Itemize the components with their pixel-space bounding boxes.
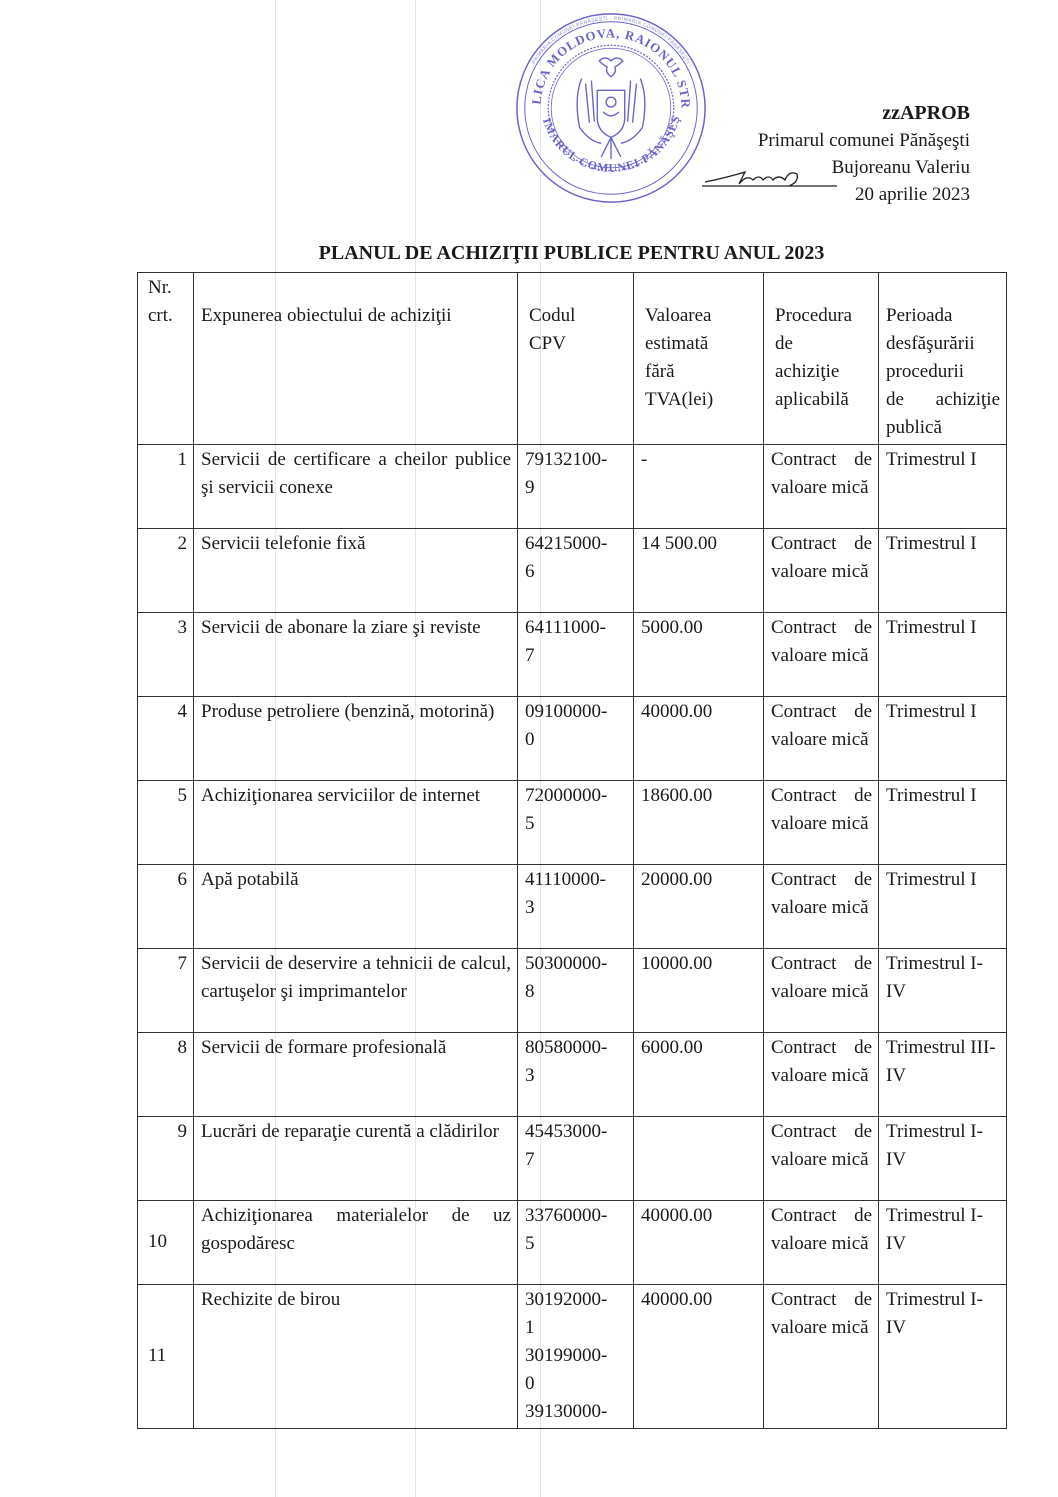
row-procedure: Contract de valoare mică bbox=[764, 781, 879, 865]
row-number: 11 bbox=[138, 1285, 194, 1429]
row-procedure: Contract de valoare mică bbox=[764, 1033, 879, 1117]
table-header-row: Nr. crt. Expunerea obiectului de achiziţ… bbox=[138, 273, 1007, 445]
approval-mayor-title: Primarul comunei Pănăşeşti bbox=[758, 127, 970, 154]
row-number: 1 bbox=[138, 445, 194, 529]
row-number: 7 bbox=[138, 949, 194, 1033]
official-stamp: REPUBLICA MOLDOVA, RAIONUL STRĂŞENI PRIM… bbox=[513, 10, 709, 206]
row-estimated-value: 20000.00 bbox=[634, 865, 764, 949]
row-number: 8 bbox=[138, 1033, 194, 1117]
row-number: 2 bbox=[138, 529, 194, 613]
row-estimated-value: 40000.00 bbox=[634, 1201, 764, 1285]
row-estimated-value: 6000.00 bbox=[634, 1033, 764, 1117]
approval-block: zzAPROB Primarul comunei Pănăşeşti Bujor… bbox=[758, 100, 970, 208]
row-description: Lucrări de reparaţie curentă a clădirilo… bbox=[194, 1117, 518, 1201]
table-row: 2Servicii telefonie fixă64215000-614 500… bbox=[138, 529, 1007, 613]
row-description: Servicii de deservire a tehnicii de calc… bbox=[194, 949, 518, 1033]
row-period: Trimestrul III-IV bbox=[879, 1033, 1007, 1117]
coat-of-arms-icon bbox=[577, 58, 645, 159]
row-period: Trimestrul I-IV bbox=[879, 1117, 1007, 1201]
row-cpv-code: 45453000-7 bbox=[518, 1117, 634, 1201]
row-period: Trimestrul I bbox=[879, 613, 1007, 697]
table-row: 4Produse petroliere (benzină, motorină)0… bbox=[138, 697, 1007, 781]
row-procedure: Contract de valoare mică bbox=[764, 1285, 879, 1429]
table-row: 6Apă potabilă41110000-320000.00Contract … bbox=[138, 865, 1007, 949]
row-cpv-code: 64111000-7 bbox=[518, 613, 634, 697]
table-row: 8Servicii de formare profesională8058000… bbox=[138, 1033, 1007, 1117]
row-procedure: Contract de valoare mică bbox=[764, 1201, 879, 1285]
table-row: 3Servicii de abonare la ziare şi reviste… bbox=[138, 613, 1007, 697]
row-cpv-code: 80580000-3 bbox=[518, 1033, 634, 1117]
procurement-plan-table: Nr. crt. Expunerea obiectului de achiziţ… bbox=[137, 272, 1007, 1429]
row-procedure: Contract de valoare mică bbox=[764, 529, 879, 613]
header-nr: Nr. crt. bbox=[138, 273, 194, 445]
table-row: 10Achiziţionarea materialelor de uz gosp… bbox=[138, 1201, 1007, 1285]
row-cpv-code: 41110000-3 bbox=[518, 865, 634, 949]
row-cpv-code: 50300000-8 bbox=[518, 949, 634, 1033]
row-cpv-code: 09100000-0 bbox=[518, 697, 634, 781]
row-description: Servicii de abonare la ziare şi reviste bbox=[194, 613, 518, 697]
row-description: Achiziţionarea materialelor de uz gospod… bbox=[194, 1201, 518, 1285]
document-title: PLANUL DE ACHIZIŢII PUBLICE PENTRU ANUL … bbox=[137, 242, 1006, 265]
header-procedure: Procedura de achiziţie aplicabilă bbox=[764, 273, 879, 445]
row-cpv-code: 64215000-6 bbox=[518, 529, 634, 613]
row-number: 9 bbox=[138, 1117, 194, 1201]
row-estimated-value bbox=[634, 1117, 764, 1201]
row-procedure: Contract de valoare mică bbox=[764, 865, 879, 949]
row-number: 5 bbox=[138, 781, 194, 865]
table-row: 7Servicii de deservire a tehnicii de cal… bbox=[138, 949, 1007, 1033]
row-estimated-value: 5000.00 bbox=[634, 613, 764, 697]
row-description: Achiziţionarea serviciilor de internet bbox=[194, 781, 518, 865]
row-number: 10 bbox=[138, 1201, 194, 1285]
table-row: 1Servicii de certificare a cheilor publi… bbox=[138, 445, 1007, 529]
approval-title: zzAPROB bbox=[758, 100, 970, 127]
row-period: Trimestrul I-IV bbox=[879, 1201, 1007, 1285]
row-cpv-code: 72000000-5 bbox=[518, 781, 634, 865]
row-description: Servicii telefonie fixă bbox=[194, 529, 518, 613]
row-number: 3 bbox=[138, 613, 194, 697]
header-cpv: Codul CPV bbox=[518, 273, 634, 445]
row-period: Trimestrul I-IV bbox=[879, 1285, 1007, 1429]
row-cpv-code: 30192000-130199000-039130000- bbox=[518, 1285, 634, 1429]
row-cpv-code: 33760000-5 bbox=[518, 1201, 634, 1285]
signature bbox=[700, 160, 840, 190]
row-description: Produse petroliere (benzină, motorină) bbox=[194, 697, 518, 781]
row-estimated-value: 10000.00 bbox=[634, 949, 764, 1033]
row-period: Trimestrul I bbox=[879, 865, 1007, 949]
row-procedure: Contract de valoare mică bbox=[764, 613, 879, 697]
row-estimated-value: 18600.00 bbox=[634, 781, 764, 865]
row-number: 6 bbox=[138, 865, 194, 949]
row-period: Trimestrul I bbox=[879, 781, 1007, 865]
row-description: Servicii de formare profesională bbox=[194, 1033, 518, 1117]
row-description: Rechizite de birou bbox=[194, 1285, 518, 1429]
row-description: Apă potabilă bbox=[194, 865, 518, 949]
table-row: 5Achiziţionarea serviciilor de internet7… bbox=[138, 781, 1007, 865]
row-description: Servicii de certificare a cheilor public… bbox=[194, 445, 518, 529]
row-estimated-value: 40000.00 bbox=[634, 1285, 764, 1429]
row-procedure: Contract de valoare mică bbox=[764, 445, 879, 529]
row-estimated-value: 40000.00 bbox=[634, 697, 764, 781]
row-number: 4 bbox=[138, 697, 194, 781]
row-period: Trimestrul I bbox=[879, 529, 1007, 613]
header-description: Expunerea obiectului de achiziţii bbox=[194, 273, 518, 445]
row-procedure: Contract de valoare mică bbox=[764, 1117, 879, 1201]
row-period: Trimestrul I bbox=[879, 697, 1007, 781]
header-value: Valoarea estimată fără TVA(lei) bbox=[634, 273, 764, 445]
row-procedure: Contract de valoare mică bbox=[764, 697, 879, 781]
row-period: Trimestrul I bbox=[879, 445, 1007, 529]
row-period: Trimestrul I-IV bbox=[879, 949, 1007, 1033]
row-cpv-code: 79132100-9 bbox=[518, 445, 634, 529]
row-procedure: Contract de valoare mică bbox=[764, 949, 879, 1033]
table-row: 11Rechizite de birou30192000-130199000-0… bbox=[138, 1285, 1007, 1429]
row-estimated-value: 14 500.00 bbox=[634, 529, 764, 613]
table-row: 9Lucrări de reparaţie curentă a clădiril… bbox=[138, 1117, 1007, 1201]
row-estimated-value: - bbox=[634, 445, 764, 529]
header-period: Perioada desfăşurării procedurii de achi… bbox=[879, 273, 1007, 445]
